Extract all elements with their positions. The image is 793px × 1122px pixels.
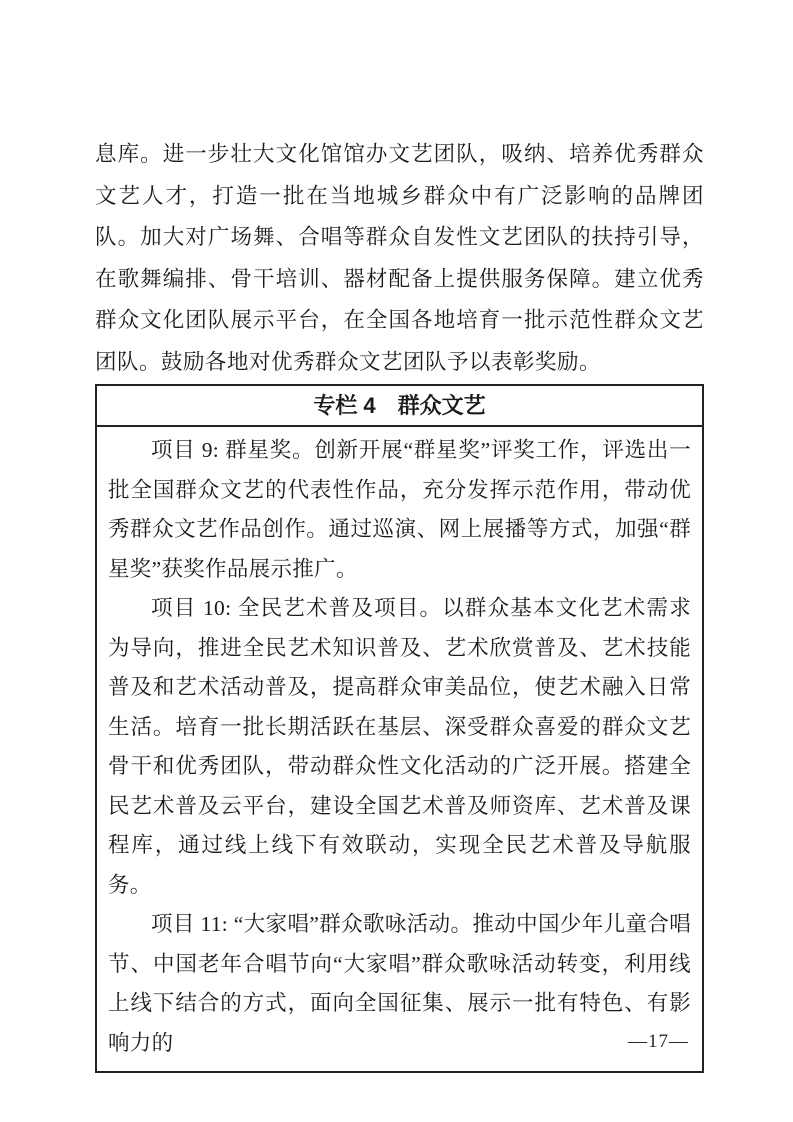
column-box: 专栏 4 群众文艺 项目 9: 群星奖。创新开展“群星奖”评奖工作，评选出一批全… [95, 384, 704, 1073]
body-paragraph: 息库。进一步壮大文化馆馆办文艺团队，吸纳、培养优秀群众文艺人才，打造一批在当地城… [95, 134, 704, 383]
box-paragraph-project-11: 项目 11: “大家唱”群众歌咏活动。推动中国少年儿童合唱节、中国老年合唱节向“… [108, 905, 691, 1063]
column-box-body: 项目 9: 群星奖。创新开展“群星奖”评奖工作，评选出一批全国群众文艺的代表性作… [97, 427, 702, 1071]
page-number: —17— [628, 1031, 689, 1053]
box-paragraph-project-10: 项目 10: 全民艺术普及项目。以群众基本文化艺术需求为导向，推进全民艺术知识普… [108, 589, 691, 905]
column-box-title: 专栏 4 群众文艺 [97, 386, 702, 427]
document-page: 息库。进一步壮大文化馆馆办文艺团队，吸纳、培养优秀群众文艺人才，打造一批在当地城… [0, 0, 793, 1122]
box-paragraph-project-9: 项目 9: 群星奖。创新开展“群星奖”评奖工作，评选出一批全国群众文艺的代表性作… [108, 431, 691, 589]
